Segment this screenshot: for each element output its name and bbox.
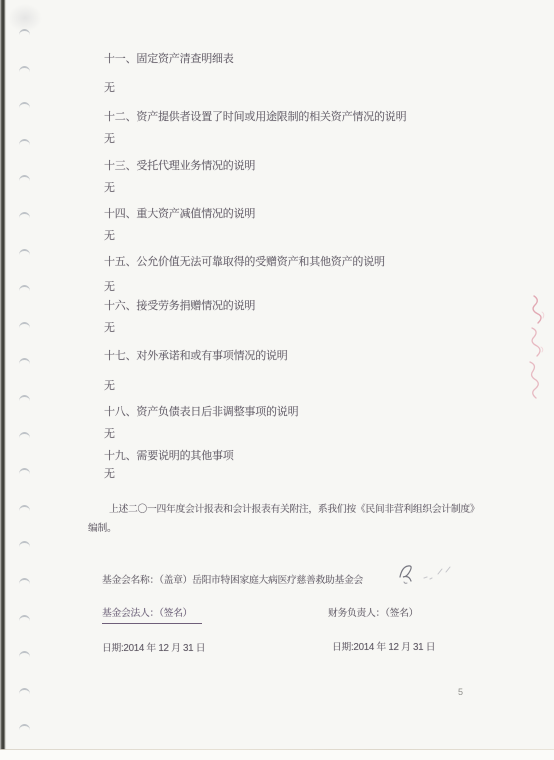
report-section: 十五、公允价值无法可靠取得的受赠资产和其他资产的说明 无: [104, 256, 385, 294]
report-section: 十八、资产负债表日后非调整事项的说明 无: [104, 406, 298, 441]
section-answer: 无: [104, 380, 288, 393]
section-heading: 十八、资产负债表日后非调整事项的说明: [104, 406, 298, 419]
pencil-scribble: [390, 559, 454, 587]
section-heading: 十一、固定资产清查明细表: [104, 53, 234, 66]
binding-mark: [19, 322, 30, 328]
binding-mark: [19, 102, 30, 108]
scan-left-edge-shadow: [0, 0, 7, 760]
binding-mark: [19, 285, 30, 291]
report-section: 十四、重大资产减值情况的说明 无: [104, 208, 255, 243]
binding-mark: [19, 139, 30, 145]
binding-mark: [19, 358, 30, 364]
corner-smudge: [8, 4, 42, 32]
section-answer: 无: [104, 322, 255, 335]
report-section: 十一、固定资产清查明细表 无: [104, 53, 234, 95]
legal-person-signature-line: 基金会法人：（签名）: [102, 608, 202, 624]
section-answer: 无: [104, 468, 234, 481]
report-section: 十九、需要说明的其他事项 无: [104, 450, 234, 481]
closing-paragraph: 上述二〇一四年度会计报表和会计报表有关附注，系我们按《民间非营利组织会计制度》编…: [88, 501, 480, 538]
section-heading: 十四、重大资产减值情况的说明: [104, 208, 255, 221]
binding-mark: [19, 468, 30, 474]
binding-mark: [19, 651, 30, 657]
binding-mark: [19, 66, 30, 72]
section-heading: 十六、接受劳务捐赠情况的说明: [104, 300, 255, 313]
binding-mark: [19, 249, 30, 255]
scanned-page: 十一、固定资产清查明细表 无 十二、资产提供者设置了时间或用途限制的相关资产情况…: [0, 0, 554, 760]
section-heading: 十七、对外承诺和或有事项情况的说明: [104, 350, 288, 363]
foundation-name-line: 基金会名称：（盖章）岳阳市特困家庭大病医疗慈善救助基金会: [102, 575, 363, 587]
report-section: 十七、对外承诺和或有事项情况的说明 无: [104, 350, 288, 393]
report-section: 十六、接受劳务捐赠情况的说明 无: [104, 300, 255, 335]
binding-mark: [19, 541, 30, 547]
page-number: 5: [458, 687, 463, 697]
section-heading: 十三、受托代理业务情况的说明: [104, 160, 255, 173]
scanner-background-strip: [0, 750, 554, 760]
binding-mark: [19, 724, 30, 730]
section-answer: 无: [104, 281, 385, 294]
binding-mark: [19, 432, 30, 438]
red-handwriting-annotation: [518, 292, 552, 404]
section-answer: 无: [104, 133, 406, 146]
binding-mark: [19, 615, 30, 621]
section-answer: 无: [104, 230, 255, 243]
binding-mark: [19, 212, 30, 218]
section-answer: 无: [104, 182, 255, 195]
date-right: 日期:2014 年 12 月 31 日: [332, 642, 435, 654]
section-heading: 十九、需要说明的其他事项: [104, 450, 234, 463]
section-answer: 无: [104, 428, 298, 441]
report-section: 十二、资产提供者设置了时间或用途限制的相关资产情况的说明 无: [104, 111, 406, 146]
binding-mark: [19, 505, 30, 511]
date-left: 日期:2014 年 12 月 31 日: [102, 643, 205, 655]
binding-mark: [19, 395, 30, 401]
binding-mark: [19, 578, 30, 584]
section-heading: 十五、公允价值无法可靠取得的受赠资产和其他资产的说明: [104, 256, 385, 269]
binding-mark: [19, 688, 30, 694]
finance-officer-signature-line: 财务负责人：（签名）: [328, 608, 418, 620]
binding-mark: [19, 29, 30, 35]
binding-mark: [19, 175, 30, 181]
report-section: 十三、受托代理业务情况的说明 无: [104, 160, 255, 195]
section-answer: 无: [104, 82, 234, 95]
section-heading: 十二、资产提供者设置了时间或用途限制的相关资产情况的说明: [104, 111, 406, 124]
